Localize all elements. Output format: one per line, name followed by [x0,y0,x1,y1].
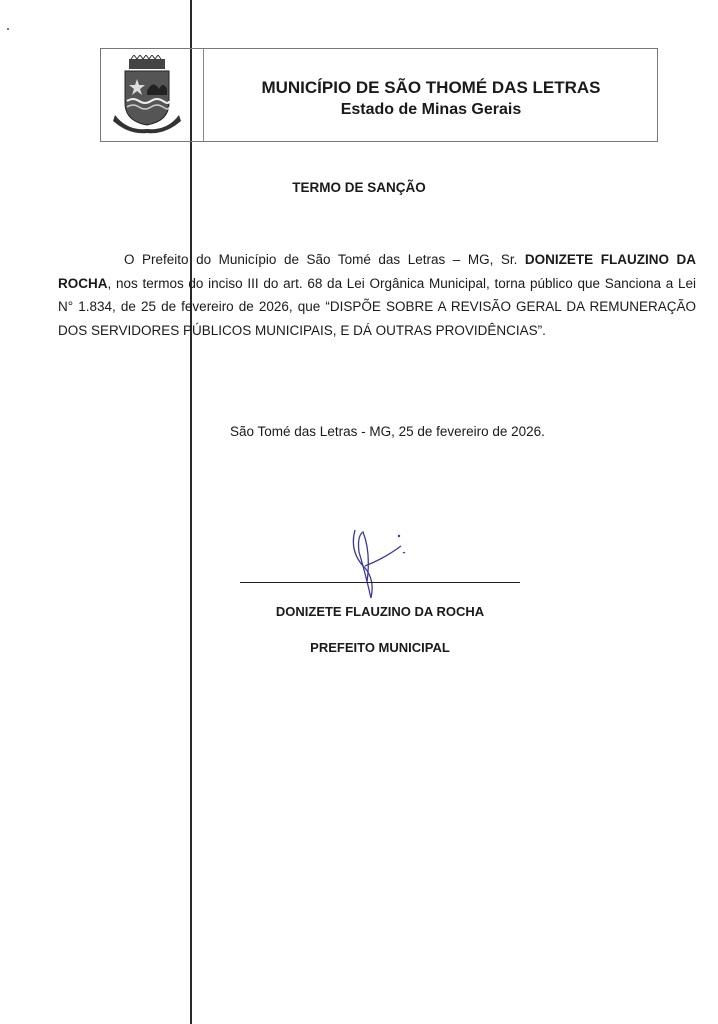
place-date: São Tomé das Letras - MG, 25 de fevereir… [230,424,545,439]
municipality-title: MUNICÍPIO DE SÃO THOMÉ DAS LETRAS [205,77,657,99]
signature-icon [345,522,425,602]
header-divider [203,49,204,141]
signatory-role: PREFEITO MUNICIPAL [240,640,520,655]
body-paragraph: O Prefeito do Município de São Tomé das … [58,248,696,342]
signatory-name: DONIZETE FLAUZINO DA ROCHA [240,604,520,619]
letterhead: MUNICÍPIO DE SÃO THOMÉ DAS LETRAS Estado… [100,48,658,142]
coat-of-arms-icon [107,55,187,135]
state-subtitle: Estado de Minas Gerais [205,101,657,119]
signature-line [240,582,520,583]
document-body: O Prefeito do Município de São Tomé das … [58,248,696,342]
document-title: TERMO DE SANÇÃO [0,180,718,195]
scan-artifact-line [190,0,192,1024]
scan-speck [7,28,9,30]
